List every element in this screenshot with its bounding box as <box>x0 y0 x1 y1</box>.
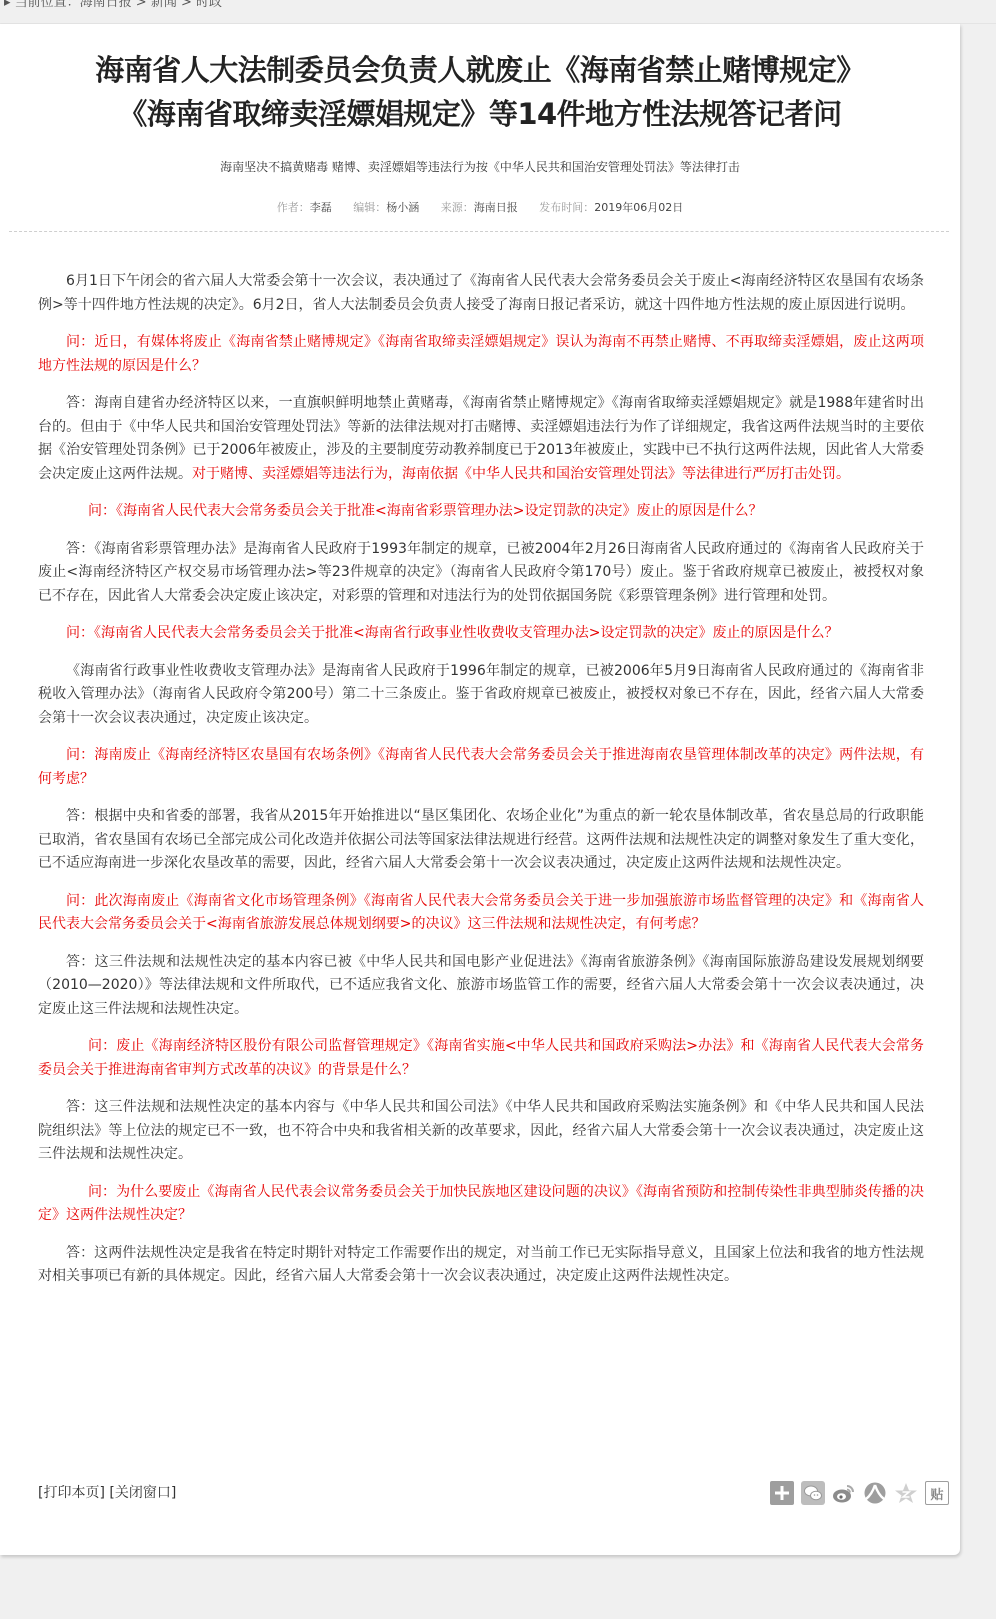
question-paragraph: 问：此次海南废止《海南省文化市场管理条例》《海南省人民代表大会常务委员会关于进一… <box>38 890 924 937</box>
question-paragraph: 问：海南废止《海南经济特区农垦国有农场条例》《海南省人民代表大会常务委员会关于推… <box>38 744 924 791</box>
title-line-2: 《海南省取缔卖淫嫖娼规定》等14件地方性法规答记者问 <box>0 92 960 136</box>
answer-paragraph: 答：《海南省彩票管理办法》是海南省人民政府于1993年制定的规章，已被2004年… <box>38 538 924 609</box>
share-bar: 贴 <box>770 1481 949 1505</box>
highlight-text: 对于赌博、卖淫嫖娼等违法行为，海南依据《中华人民共和国治安管理处罚法》等法律进行… <box>192 466 850 482</box>
answer-paragraph: 答：这两件法规性决定是我省在特定时期针对特定工作需要作出的规定，对当前工作已无实… <box>38 1242 924 1289</box>
footer-links: [打印本页] [关闭窗口] <box>38 1482 176 1502</box>
meta-date: 发布时间：2019年06月02日 <box>539 201 683 214</box>
more-share-icon[interactable] <box>770 1481 794 1505</box>
answer-paragraph: 《海南省行政事业性收费收支管理办法》是海南省人民政府于1996年制定的规章，已被… <box>38 660 924 731</box>
wechat-icon[interactable] <box>801 1481 825 1505</box>
qzone-icon[interactable] <box>894 1481 918 1505</box>
article-subtitle: 海南坚决不搞黄赌毒 赌博、卖淫嫖娼等违法行为按《中华人民共和国治安管理处罚法》等… <box>0 158 960 175</box>
print-page-link[interactable]: [打印本页] <box>38 1485 105 1501</box>
question-paragraph: 问：废止《海南经济特区股份有限公司监督管理规定》《海南省实施<中华人民共和国政府… <box>38 1035 924 1082</box>
renren-icon[interactable] <box>863 1481 887 1505</box>
intro-paragraph: 6月1日下午闭会的省六届人大常委会第十一次会议，表决通过了《海南省人民代表大会常… <box>38 270 924 317</box>
tieba-icon[interactable]: 贴 <box>925 1481 949 1505</box>
meta-editor: 编辑：杨小涵 <box>353 201 419 214</box>
weibo-icon[interactable] <box>832 1481 856 1505</box>
question-paragraph: 问：为什么要废止《海南省人民代表会议常务委员会关于加快民族地区建设问题的决议》《… <box>38 1181 924 1228</box>
article-body: 6月1日下午闭会的省六届人大常委会第十一次会议，表决通过了《海南省人民代表大会常… <box>38 270 924 1303</box>
article-meta: 作者：李磊 编辑：杨小涵 来源：海南日报 发布时间：2019年06月02日 <box>0 199 960 215</box>
close-window-link[interactable]: [关闭窗口] <box>109 1485 176 1501</box>
meta-author: 作者：李磊 <box>277 201 332 214</box>
question-paragraph: 问：近日，有媒体将废止《海南省禁止赌博规定》《海南省取缔卖淫嫖娼规定》误认为海南… <box>38 331 924 378</box>
title-line-1: 海南省人大法制委员会负责人就废止《海南省禁止赌博规定》 <box>0 48 960 92</box>
top-breadcrumb-strip: ▸ 当前位置：海南日报 > 新闻 > 时政 <box>0 0 996 24</box>
answer-paragraph: 答：海南自建省办经济特区以来，一直旗帜鲜明地禁止黄赌毒，《海南省禁止赌博规定》《… <box>38 392 924 486</box>
article-title: 海南省人大法制委员会负责人就废止《海南省禁止赌博规定》 《海南省取缔卖淫嫖娼规定… <box>0 48 960 136</box>
meta-source: 来源：海南日报 <box>441 201 518 214</box>
breadcrumb: ▸ 当前位置：海南日报 > 新闻 > 时政 <box>4 0 222 10</box>
answer-paragraph: 答：根据中央和省委的部署，我省从2015年开始推进以“垦区集团化、农场企业化”为… <box>38 805 924 876</box>
answer-paragraph: 答：这三件法规和法规性决定的基本内容已被《中华人民共和国电影产业促进法》《海南省… <box>38 951 924 1022</box>
question-paragraph: 问：《海南省人民代表大会常务委员会关于批准<海南省彩票管理办法>设定罚款的决定》… <box>38 500 924 524</box>
dashed-divider <box>9 231 949 232</box>
question-paragraph: 问：《海南省人民代表大会常务委员会关于批准<海南省行政事业性收费收支管理办法>设… <box>38 622 924 646</box>
answer-paragraph: 答：这三件法规和法规性决定的基本内容与《中华人民共和国公司法》《中华人民共和国政… <box>38 1096 924 1167</box>
